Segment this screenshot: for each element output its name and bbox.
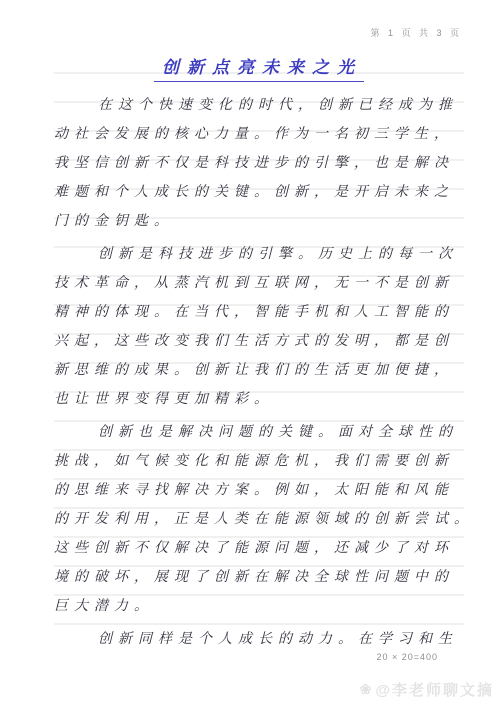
essay-line: 在这个快速变化的时代，创新已经成为推 (54, 89, 464, 118)
essay-line: 这些创新不仅解决了能源问题，还减少了对环 (54, 532, 464, 561)
essay-line: 创新同样是个人成长的动力。在学习和生 (54, 623, 464, 652)
watermark-flower-icon: ❀ (360, 681, 374, 698)
essay-line: 挑战，如气候变化和能源危机，我们需要创新 (54, 445, 464, 474)
page-number-indicator: 第 1 页 共 3 页 (370, 26, 462, 39)
essay-line: 兴起，这些改变我们生活方式的发明，都是创 (54, 325, 464, 354)
essay-line: 的开发利用，正是人类在能源领域的创新尝试。 (54, 503, 464, 532)
essay-line: 动社会发展的核心力量。作为一名初三学生， (54, 118, 464, 147)
essay-title: 创新点亮未来之光 (154, 53, 364, 82)
watermark: ❀ @李老师聊文摘 (360, 679, 494, 700)
essay-paragraph: 创新也是解决问题的关键。面对全球性的 挑战，如气候变化和能源危机，我们需要创新 … (54, 416, 464, 619)
essay-line: 我坚信创新不仅是科技进步的引擎，也是解决 (54, 147, 464, 176)
essay-line: 的思维来寻找解决方案。例如，太阳能和风能 (54, 474, 464, 503)
essay-line: 创新是科技进步的引擎。历史上的每一次 (54, 238, 464, 267)
grid-size-note: 20 × 20=400 (376, 652, 438, 662)
essay-line: 境的破坏，展现了创新在解决全球性问题中的 (54, 561, 464, 590)
essay-line: 技术革命，从蒸汽机到互联网，无一不是创新 (54, 267, 464, 296)
essay-line: 创新也是解决问题的关键。面对全球性的 (54, 416, 464, 445)
essay-line: 门的金钥匙。 (54, 205, 464, 234)
document-page: 第 1 页 共 3 页 创新点亮未来之光 在这个快速变化的时代，创新已经成为推 … (0, 0, 500, 708)
essay-paragraph: 在这个快速变化的时代，创新已经成为推 动社会发展的核心力量。作为一名初三学生， … (54, 89, 464, 234)
essay-line: 巨大潜力。 (54, 590, 464, 619)
essay-paragraph: 创新同样是个人成长的动力。在学习和生 (54, 623, 464, 652)
essay-line: 新思维的成果。创新让我们的生活更加便捷， (54, 354, 464, 383)
essay-title-row: 创新点亮未来之光 (54, 45, 464, 89)
essay-paragraph: 创新是科技进步的引擎。历史上的每一次 技术革命，从蒸汽机到互联网，无一不是创新 … (54, 238, 464, 412)
essay-line: 难题和个人成长的关键。创新，是开启未来之 (54, 176, 464, 205)
essay-line: 精神的体现。在当代，智能手机和人工智能的 (54, 296, 464, 325)
watermark-text: @李老师聊文摘 (375, 679, 494, 700)
essay-line: 也让世界变得更加精彩。 (54, 383, 464, 412)
composition-grid-sheet: 创新点亮未来之光 在这个快速变化的时代，创新已经成为推 动社会发展的核心力量。作… (54, 45, 464, 652)
